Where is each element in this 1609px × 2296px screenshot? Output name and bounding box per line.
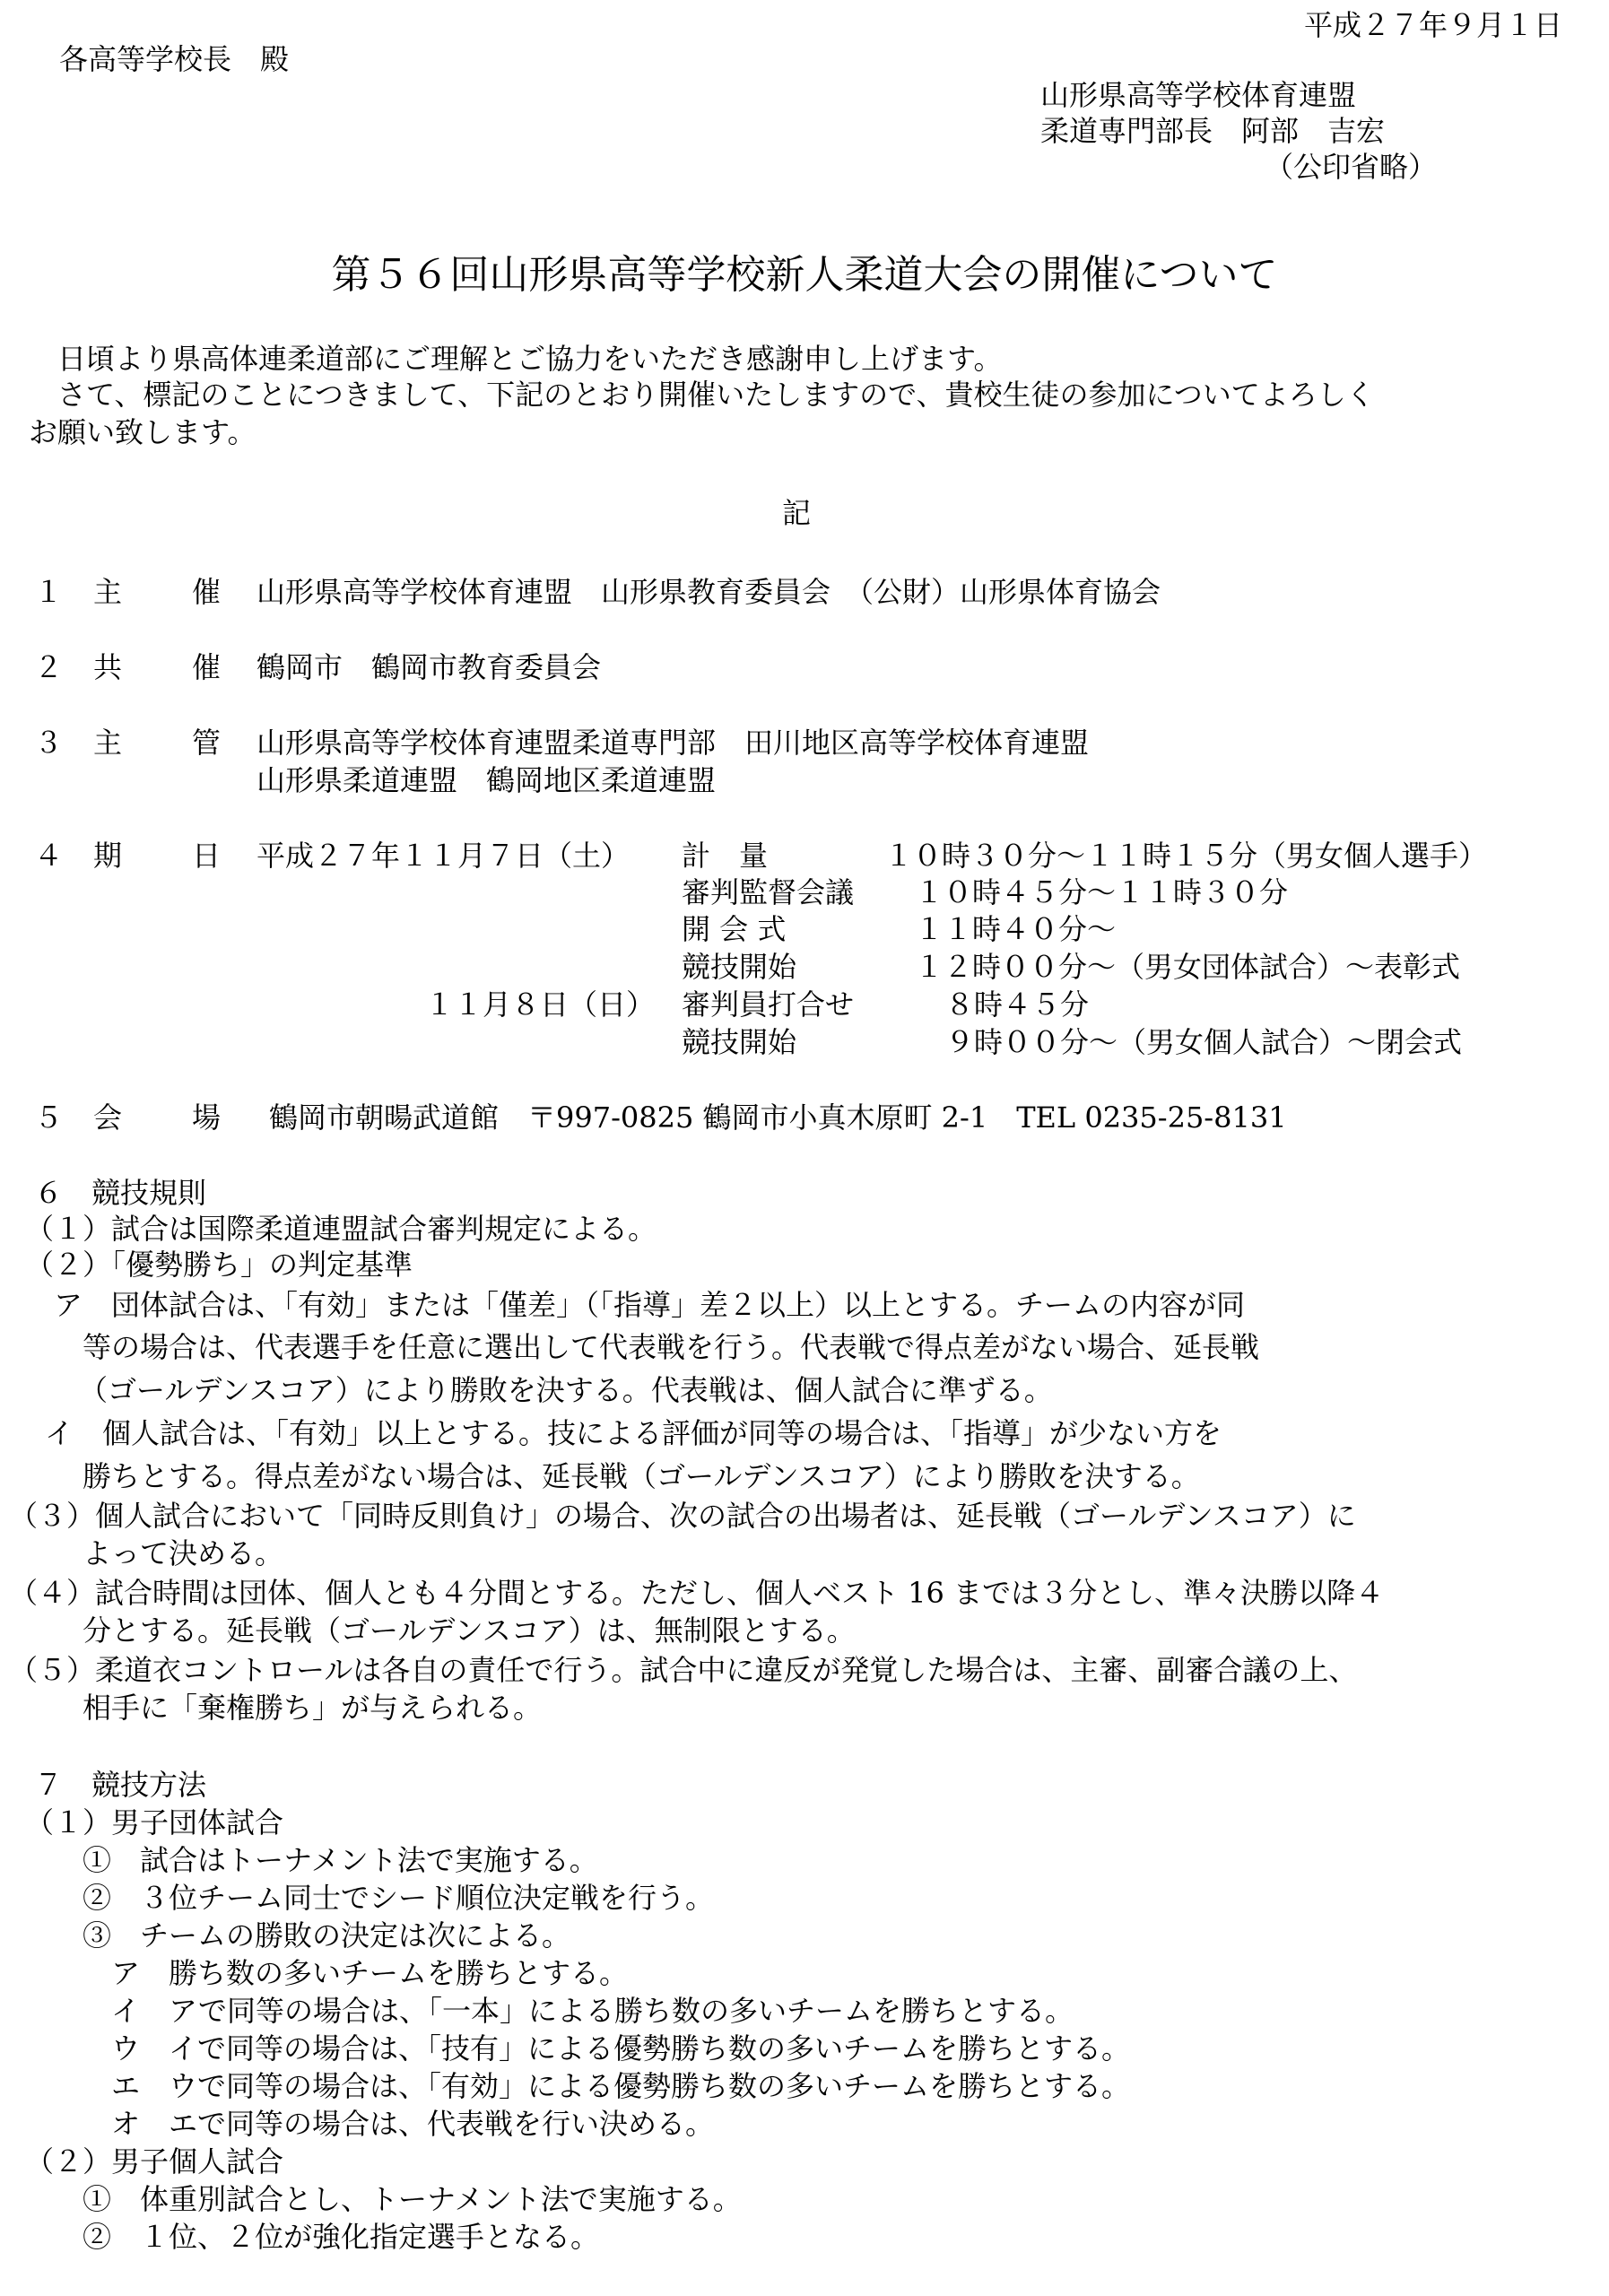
schedule-time: ８時４５分 bbox=[945, 987, 1089, 1022]
addressee: 各高等学校長 殿 bbox=[59, 41, 289, 77]
section-text: 山形県高等学校体育連盟 山形県教育委員会 （公財）山形県体育協会 bbox=[257, 574, 1161, 610]
section-label-a: 主 bbox=[93, 574, 122, 610]
seal-omitted-note: （公印省略） bbox=[1265, 149, 1437, 185]
section-number: ２ bbox=[34, 649, 63, 685]
method-line: ② １位、２位が強化指定選手となる。 bbox=[25, 2219, 599, 2255]
rule-line: 勝ちとする。得点差がない場合は、延長戦（ゴールデンスコア）により勝敗を決する。 bbox=[25, 1458, 1200, 1494]
rule-line: （１）試合は国際柔道連盟試合審判規定による。 bbox=[25, 1211, 657, 1247]
section-heading: ６ 競技規則 bbox=[34, 1175, 206, 1211]
sender-organization: 山形県高等学校体育連盟 bbox=[1040, 77, 1356, 113]
day-1-date: 平成２７年１１月７日（土） bbox=[257, 838, 630, 874]
schedule-event: 審判監督会議 bbox=[682, 874, 854, 910]
method-line: （２）男子個人試合 bbox=[25, 2144, 283, 2179]
schedule-time: １２時００分～（男女団体試合）～表彰式 bbox=[915, 949, 1460, 985]
rule-line: （２）「優勢勝ち」の判定基準 bbox=[25, 1247, 413, 1283]
section-label-a: 会 bbox=[93, 1100, 122, 1135]
section-text-line-2: 山形県柔道連盟 鶴岡地区柔道連盟 bbox=[257, 762, 716, 798]
section-label-b: 催 bbox=[192, 649, 221, 685]
rule-line: （５）柔道衣コントロールは各自の責任で行う。試合中に違反が発覚した場合は、主審、… bbox=[9, 1652, 1357, 1688]
rule-line: （ゴールデンスコア）により勝敗を決する。代表戦は、個人試合に準ずる。 bbox=[36, 1372, 1053, 1408]
rule-line: （４）試合時間は団体、個人とも４分間とする。ただし、個人ベスト 16 までは３分… bbox=[9, 1575, 1384, 1611]
rule-line: （３）個人試合において「同時反則負け」の場合、次の試合の出場者は、延長戦（ゴール… bbox=[9, 1498, 1356, 1534]
method-line: イ アで同等の場合は、「一本」による勝ち数の多いチームを勝ちとする。 bbox=[25, 1993, 1074, 2029]
intro-line-1: 日頃より県高体連柔道部にご理解とご協力をいただき感謝申し上げます。 bbox=[29, 341, 1002, 377]
schedule-time: １１時４０分～ bbox=[915, 911, 1116, 947]
method-line: ① 体重別試合とし、トーナメント法で実施する。 bbox=[25, 2181, 742, 2217]
rule-line: 等の場合は、代表選手を任意に選出して代表戦を行う。代表戦で得点差がない場合、延長… bbox=[25, 1329, 1259, 1365]
section-number: ４ bbox=[34, 838, 63, 874]
rule-line: イ 個人試合は、「有効」以上とする。技による評価が同等の場合は、「指導」が少ない… bbox=[16, 1415, 1222, 1451]
schedule-event: 計 量 bbox=[682, 838, 768, 874]
method-line: ア 勝ち数の多いチームを勝ちとする。 bbox=[25, 1955, 628, 1991]
section-heading: ７ 競技方法 bbox=[34, 1767, 206, 1803]
rule-line: よって決める。 bbox=[25, 1535, 283, 1571]
rule-line: 相手に「棄権勝ち」が与えられる。 bbox=[25, 1690, 542, 1726]
section-label-b: 日 bbox=[192, 838, 221, 874]
schedule-event: 開 会 式 bbox=[682, 911, 786, 947]
section-text-line-1: 山形県高等学校体育連盟柔道専門部 田川地区高等学校体育連盟 bbox=[257, 725, 1089, 761]
section-number: １ bbox=[34, 574, 63, 610]
schedule-event: 競技開始 bbox=[682, 949, 796, 985]
section-label-a: 共 bbox=[93, 649, 122, 685]
section-text: 鶴岡市 鶴岡市教育委員会 bbox=[257, 649, 601, 685]
method-line: ③ チームの勝敗の決定は次による。 bbox=[25, 1918, 570, 1953]
section-label-a: 主 bbox=[93, 725, 122, 761]
intro-line-3: お願い致します。 bbox=[29, 414, 256, 450]
rule-line: ア 団体試合は、「有効」または「僅差」（「指導」差２以上）以上とする。チームの内… bbox=[25, 1287, 1245, 1323]
section-label-b: 管 bbox=[192, 725, 221, 761]
document-title: 第５６回山形県高等学校新人柔道大会の開催について bbox=[0, 251, 1609, 300]
section-number: ５ bbox=[34, 1100, 63, 1135]
method-line: ② ３位チーム同士でシード順位決定戦を行う。 bbox=[25, 1880, 714, 1916]
rule-line: 分とする。延長戦（ゴールデンスコア）は、無制限とする。 bbox=[25, 1613, 856, 1648]
section-number: ３ bbox=[34, 725, 63, 761]
method-line: ① 試合はトーナメント法で実施する。 bbox=[25, 1842, 598, 1878]
schedule-time: １０時３０分～１１時１５分（男女個人選手） bbox=[884, 838, 1487, 874]
document-date: 平成２７年９月１日 bbox=[1304, 7, 1562, 43]
method-line: オ エで同等の場合は、代表戦を行い決める。 bbox=[25, 2106, 714, 2142]
ki-marker: 記 bbox=[782, 495, 811, 531]
schedule-event: 競技開始 bbox=[682, 1024, 796, 1060]
schedule-time: １０時４５分～１１時３０分 bbox=[915, 874, 1288, 910]
method-line: ウ イで同等の場合は、「技有」による優勢勝ち数の多いチームを勝ちとする。 bbox=[25, 2031, 1130, 2066]
schedule-event: 審判員打合せ bbox=[682, 987, 854, 1022]
schedule-time: ９時００分～（男女個人試合）～閉会式 bbox=[945, 1024, 1462, 1060]
method-line: エ ウで同等の場合は、「有効」による優勢勝ち数の多いチームを勝ちとする。 bbox=[25, 2068, 1130, 2104]
section-label-b: 場 bbox=[192, 1100, 221, 1135]
section-text: 鶴岡市朝暘武道館 〒997-0825 鶴岡市小真木原町 2-1 TEL 0235… bbox=[269, 1100, 1287, 1135]
day-2-date: １１月８日（日） bbox=[425, 987, 655, 1022]
section-label-a: 期 bbox=[93, 838, 122, 874]
section-label-b: 催 bbox=[192, 574, 221, 610]
intro-line-2: さて、標記のことにつきまして、下記のとおり開催いたしますので、貴校生徒の参加につ… bbox=[29, 377, 1375, 413]
method-line: （１）男子団体試合 bbox=[25, 1805, 283, 1840]
sender-name: 柔道専門部長 阿部 吉宏 bbox=[1040, 113, 1385, 149]
